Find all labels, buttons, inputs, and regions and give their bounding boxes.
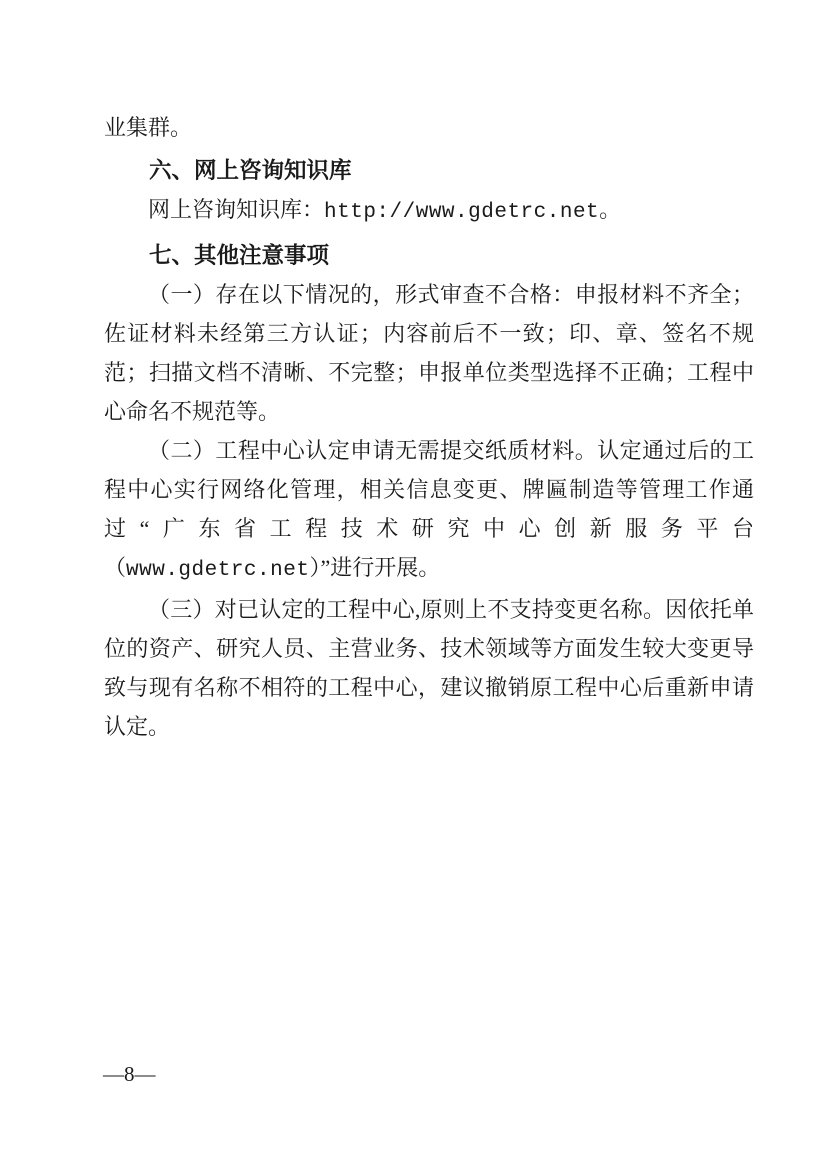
- document-body: 业集群。 六、网上咨询知识库 网上咨询知识库：http://www.gdetrc…: [104, 108, 754, 746]
- document-page: 业集群。 六、网上咨询知识库 网上咨询知识库：http://www.gdetrc…: [0, 0, 827, 1169]
- knowledge-base-url: http://www.gdetrc.net: [324, 201, 599, 224]
- paragraph-item-1: （一）存在以下情况的，形式审查不合格：申报材料不齐全；佐证材料未经第三方认证；内…: [104, 275, 754, 431]
- paragraph-item-2-text-after: ）”进行开展。: [309, 555, 440, 580]
- section-6-heading: 六、网上咨询知识库: [104, 151, 754, 190]
- paragraph-item-2-url: www.gdetrc.net: [126, 559, 309, 582]
- paragraph-continuation: 业集群。: [104, 108, 754, 147]
- knowledge-base-period: 。: [599, 197, 621, 222]
- page-number: —8—: [103, 1060, 156, 1088]
- knowledge-base-line: 网上咨询知识库：http://www.gdetrc.net。: [104, 190, 754, 232]
- section-7-heading: 七、其他注意事项: [104, 236, 754, 275]
- paragraph-item-2: （二）工程中心认定申请无需提交纸质材料。认定通过后的工程中心实行网络化管理，相关…: [104, 431, 754, 590]
- knowledge-base-label: 网上咨询知识库：: [148, 197, 324, 222]
- paragraph-item-3: （三）对已认定的工程中心,原则上不支持变更名称。因依托单位的资产、研究人员、主营…: [104, 590, 754, 746]
